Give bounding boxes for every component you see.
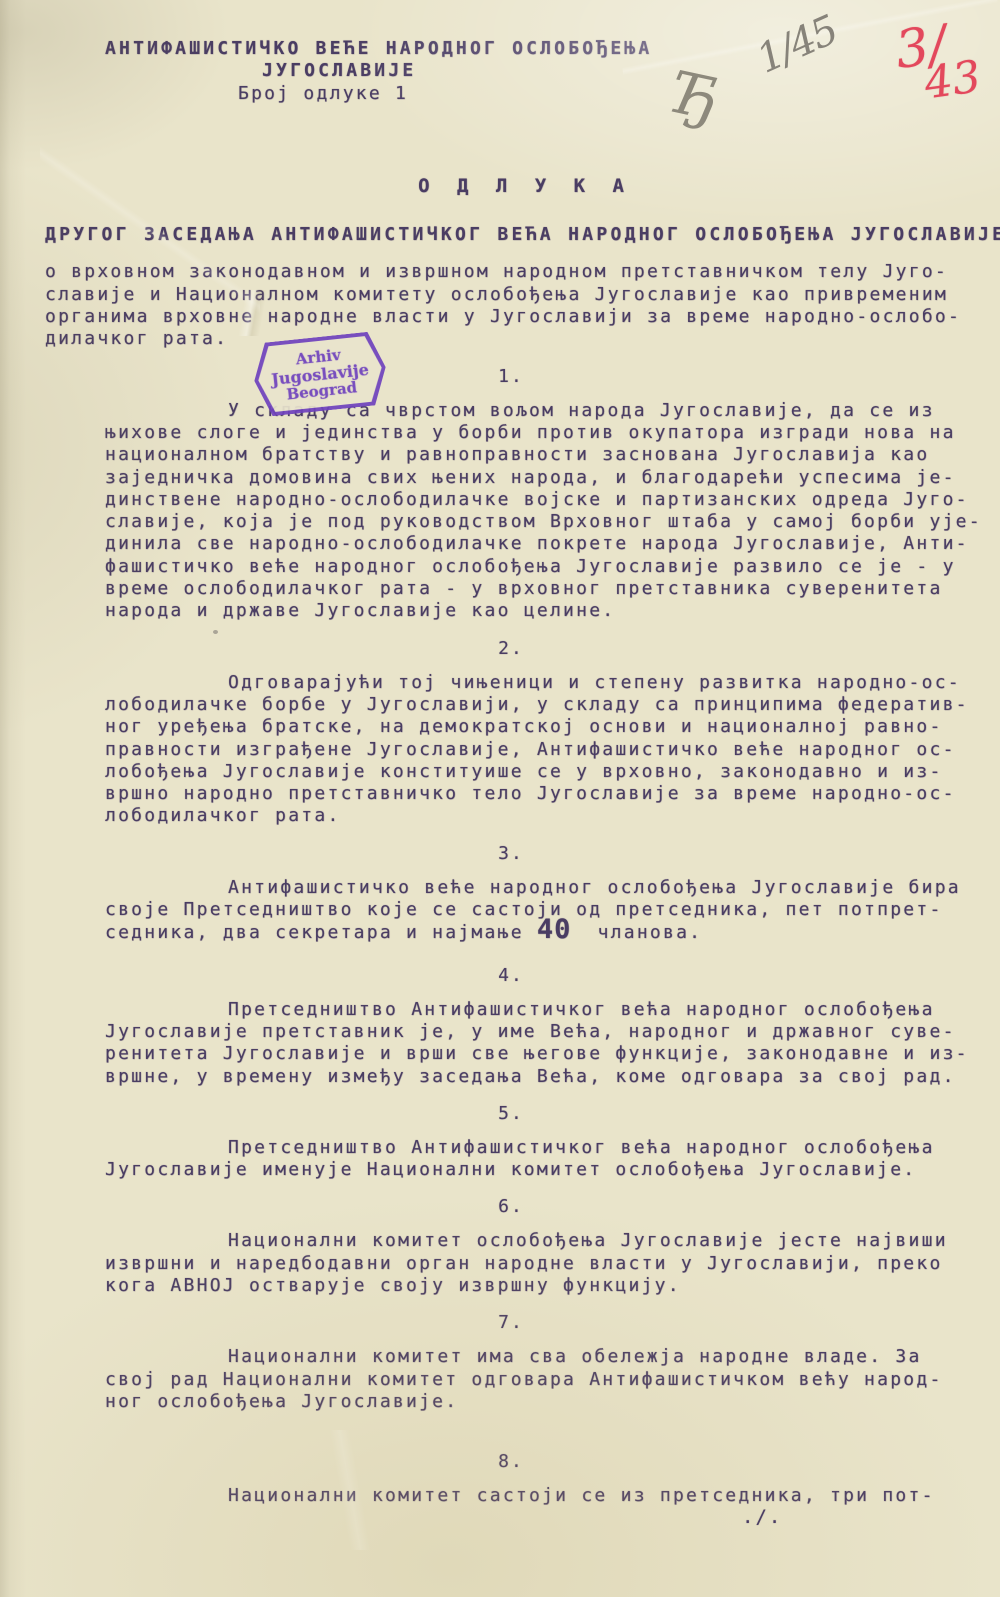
text-line: Антифашистичко веће народног ослобођења … xyxy=(105,877,977,899)
section-5: 5.Претседништво Антифашистичког већа нар… xyxy=(0,1103,1000,1182)
text-line: националном братству и равноправности за… xyxy=(105,444,977,466)
text-line: Национални комитет има сва обележја наро… xyxy=(105,1346,977,1368)
text-line: лободилачког рата. xyxy=(105,805,977,827)
section-8: 8.Национални комитет састоји се из претс… xyxy=(0,1451,1000,1507)
text-line: Национални комитет састоји се из претсед… xyxy=(105,1485,977,1507)
text-line: вршно народно претставничко тело Југосла… xyxy=(105,783,977,805)
text-line: народа и државе Југославије као целине. xyxy=(105,600,977,622)
text-line: свој рад Национални комитет одговара Ант… xyxy=(105,1369,977,1391)
text-line: Претседништво Антифашистичког већа народ… xyxy=(105,999,977,1021)
section-paragraph: Антифашистичко веће народног ослобођења … xyxy=(105,877,977,945)
text-line: У складу са чврстом вољом народа Југосла… xyxy=(105,400,977,422)
text-line: ренитета Југославије и врши све његове ф… xyxy=(105,1043,977,1065)
text-line: славије, која је под руководством Врховн… xyxy=(105,511,977,533)
document-title: О Д Л У К А xyxy=(25,175,1000,197)
section-number: 3. xyxy=(0,843,1000,864)
section-3: 3.Антифашистичко веће народног ослобођењ… xyxy=(0,843,1000,945)
text-line: дилачког рата. xyxy=(45,328,1000,350)
text-line: ног ослобођења Југославије. xyxy=(105,1391,977,1413)
text-line: Национални комитет ослобођења Југославиј… xyxy=(105,1230,977,1252)
section-number: 5. xyxy=(0,1103,1000,1124)
text-line: вршне, у времену између заседања Већа, к… xyxy=(105,1066,977,1088)
text-line: ног уређења братске, на демократској осн… xyxy=(105,716,977,738)
text-line: лобођења Југославије конституише се у вр… xyxy=(105,761,977,783)
section-number: 7. xyxy=(0,1312,1000,1333)
sections: 1.У складу са чврстом вољом народа Југос… xyxy=(0,366,1000,1508)
text-line: Југославије претставник је, у име Већа, … xyxy=(105,1021,977,1043)
text-line: правности изграђене Југославије, Антифаш… xyxy=(105,739,977,761)
archive-stamp: Arhiv Jugoslavije Beograd xyxy=(250,330,389,417)
document-subtitle: ДРУГОГ ЗАСЕДАЊА АНТИФАШИСТИЧКОГ ВЕЋА НАР… xyxy=(45,224,1000,246)
text-line: заједничка домовина свих њених народа, и… xyxy=(105,467,977,489)
org-name-line1: АНТИФАШИСТИЧКО ВЕЋЕ НАРОДНОГ ОСЛОБОЂЕЊА xyxy=(105,38,1000,60)
text-line: динила све народно-ослободилачке покрете… xyxy=(105,533,977,555)
text-line: лободилачке борбе у Југославији, у склад… xyxy=(105,694,977,716)
section-paragraph: Национални комитет састоји се из претсед… xyxy=(105,1485,977,1507)
text-line: Одговарајући тој чињеници и степену разв… xyxy=(105,672,977,694)
document-page: АНТИФАШИСТИЧКО ВЕЋЕ НАРОДНОГ ОСЛОБОЂЕЊА … xyxy=(0,0,1000,1597)
stamp-hexagon-border: Arhiv Jugoslavije Beograd xyxy=(250,330,389,417)
section-number: 4. xyxy=(0,965,1000,986)
section-number: 2. xyxy=(0,638,1000,659)
text-line: славије и Националном комитету ослобођењ… xyxy=(45,284,1000,306)
preamble: о врховном законодавном и извршном народ… xyxy=(45,261,1000,350)
section-paragraph: У складу са чврстом вољом народа Југосла… xyxy=(105,400,977,623)
section-4: 4.Претседништво Антифашистичког већа нар… xyxy=(0,965,1000,1088)
decision-number: Број одлуке 1 xyxy=(238,83,1000,105)
section-paragraph: Национални комитет ослобођења Југославиј… xyxy=(105,1230,977,1297)
section-paragraph: Претседништво Антифашистичког већа народ… xyxy=(105,1137,977,1182)
section-1: 1.У складу са чврстом вољом народа Југос… xyxy=(0,366,1000,623)
pencil-dot xyxy=(213,630,218,634)
section-number: 1. xyxy=(0,366,1000,387)
text-line: седника, два секретара и најмање 40 члан… xyxy=(105,921,977,944)
text-line: о врховном законодавном и извршном народ… xyxy=(45,261,1000,283)
continuation-mark: ./. xyxy=(742,1506,782,1528)
member-count: 40 xyxy=(537,914,572,945)
section-paragraph: Одговарајући тој чињеници и степену разв… xyxy=(105,672,977,828)
text-line: време ослободилачког рата - у врховног п… xyxy=(105,578,977,600)
section-paragraph: Национални комитет има сва обележја наро… xyxy=(105,1346,977,1413)
text-line: Претседништво Антифашистичког већа народ… xyxy=(105,1137,977,1159)
text-line: динствене народно-ослободилачке војске и… xyxy=(105,489,977,511)
text-line: органима врховне народне власти у Југосл… xyxy=(45,306,1000,328)
text-line: Југославије именује Национални комитет о… xyxy=(105,1159,977,1181)
section-2: 2.Одговарајући тој чињеници и степену ра… xyxy=(0,638,1000,828)
text-line: фашистичко веће народног ослобођења Југо… xyxy=(105,556,977,578)
section-number: 6. xyxy=(0,1196,1000,1217)
text-line: кога АВНОЈ остварује своју извршну функц… xyxy=(105,1275,977,1297)
section-paragraph: Претседништво Антифашистичког већа народ… xyxy=(105,999,977,1088)
text-line: извршни и наредбодавни орган народне вла… xyxy=(105,1253,977,1275)
section-number: 8. xyxy=(0,1451,1000,1472)
section-7: 7.Национални комитет има сва обележја на… xyxy=(0,1312,1000,1413)
org-name-line2: ЈУГОСЛАВИЈЕ xyxy=(262,60,1000,82)
section-6: 6.Национални комитет ослобођења Југослав… xyxy=(0,1196,1000,1297)
text-line: њихове слоге и јединства у борби против … xyxy=(105,422,977,444)
